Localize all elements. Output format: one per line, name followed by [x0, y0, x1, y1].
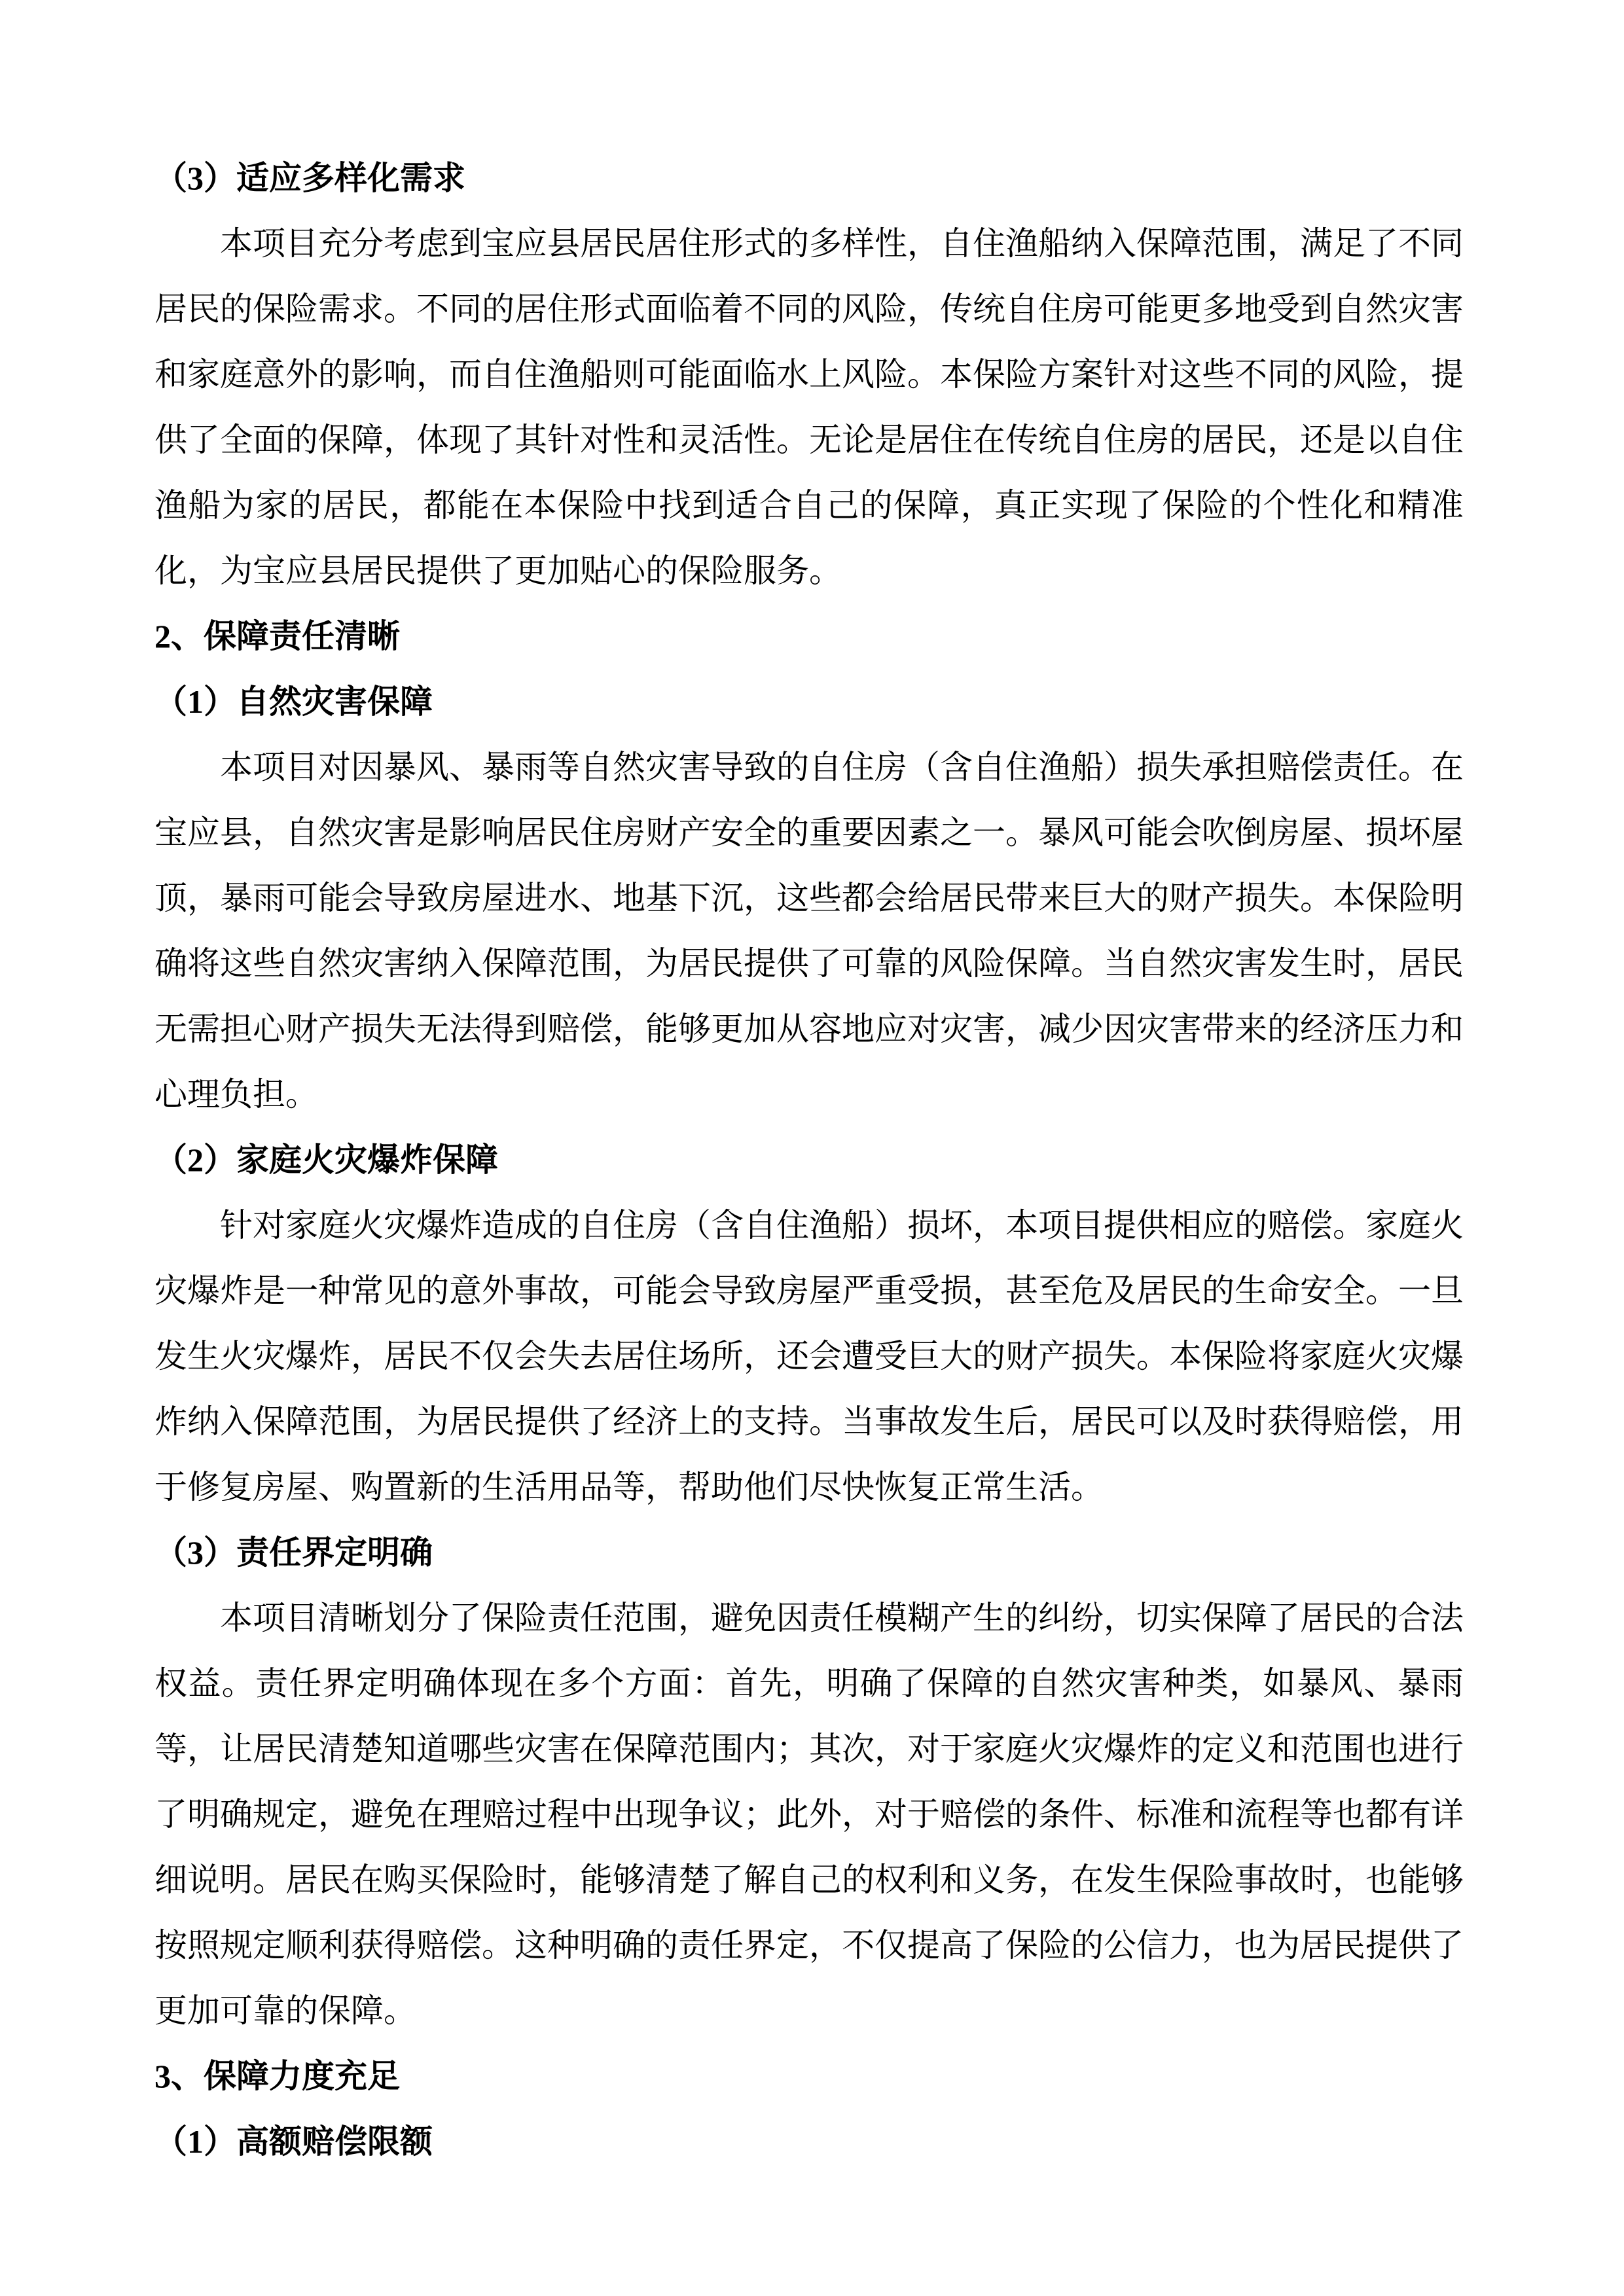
section-heading: （3）适应多样化需求	[154, 145, 1464, 211]
paragraph: 针对家庭火灾爆炸造成的自住房（含自住渔船）损坏，本项目提供相应的赔偿。家庭火灾爆…	[154, 1193, 1464, 1520]
section-heading: 2、保障责任清晰	[154, 603, 1464, 669]
document-page: （3）适应多样化需求本项目充分考虑到宝应县居民居住形式的多样性，自住渔船纳入保障…	[0, 0, 1624, 2296]
section-heading: （2）家庭火灾爆炸保障	[154, 1127, 1464, 1193]
section-heading: 3、保障力度充足	[154, 2043, 1464, 2109]
paragraph: 本项目清晰划分了保险责任范围，避免因责任模糊产生的纠纷，切实保障了居民的合法权益…	[154, 1585, 1464, 2043]
paragraph: 本项目充分考虑到宝应县居民居住形式的多样性，自住渔船纳入保障范围，满足了不同居民…	[154, 211, 1464, 603]
paragraph: 本项目对因暴风、暴雨等自然灾害导致的自住房（含自住渔船）损失承担赔偿责任。在宝应…	[154, 734, 1464, 1127]
section-heading: （1）高额赔偿限额	[154, 2109, 1464, 2174]
section-heading: （3）责任界定明确	[154, 1520, 1464, 1585]
document-body: （3）适应多样化需求本项目充分考虑到宝应县居民居住形式的多样性，自住渔船纳入保障…	[154, 145, 1464, 2174]
section-heading: （1）自然灾害保障	[154, 669, 1464, 734]
